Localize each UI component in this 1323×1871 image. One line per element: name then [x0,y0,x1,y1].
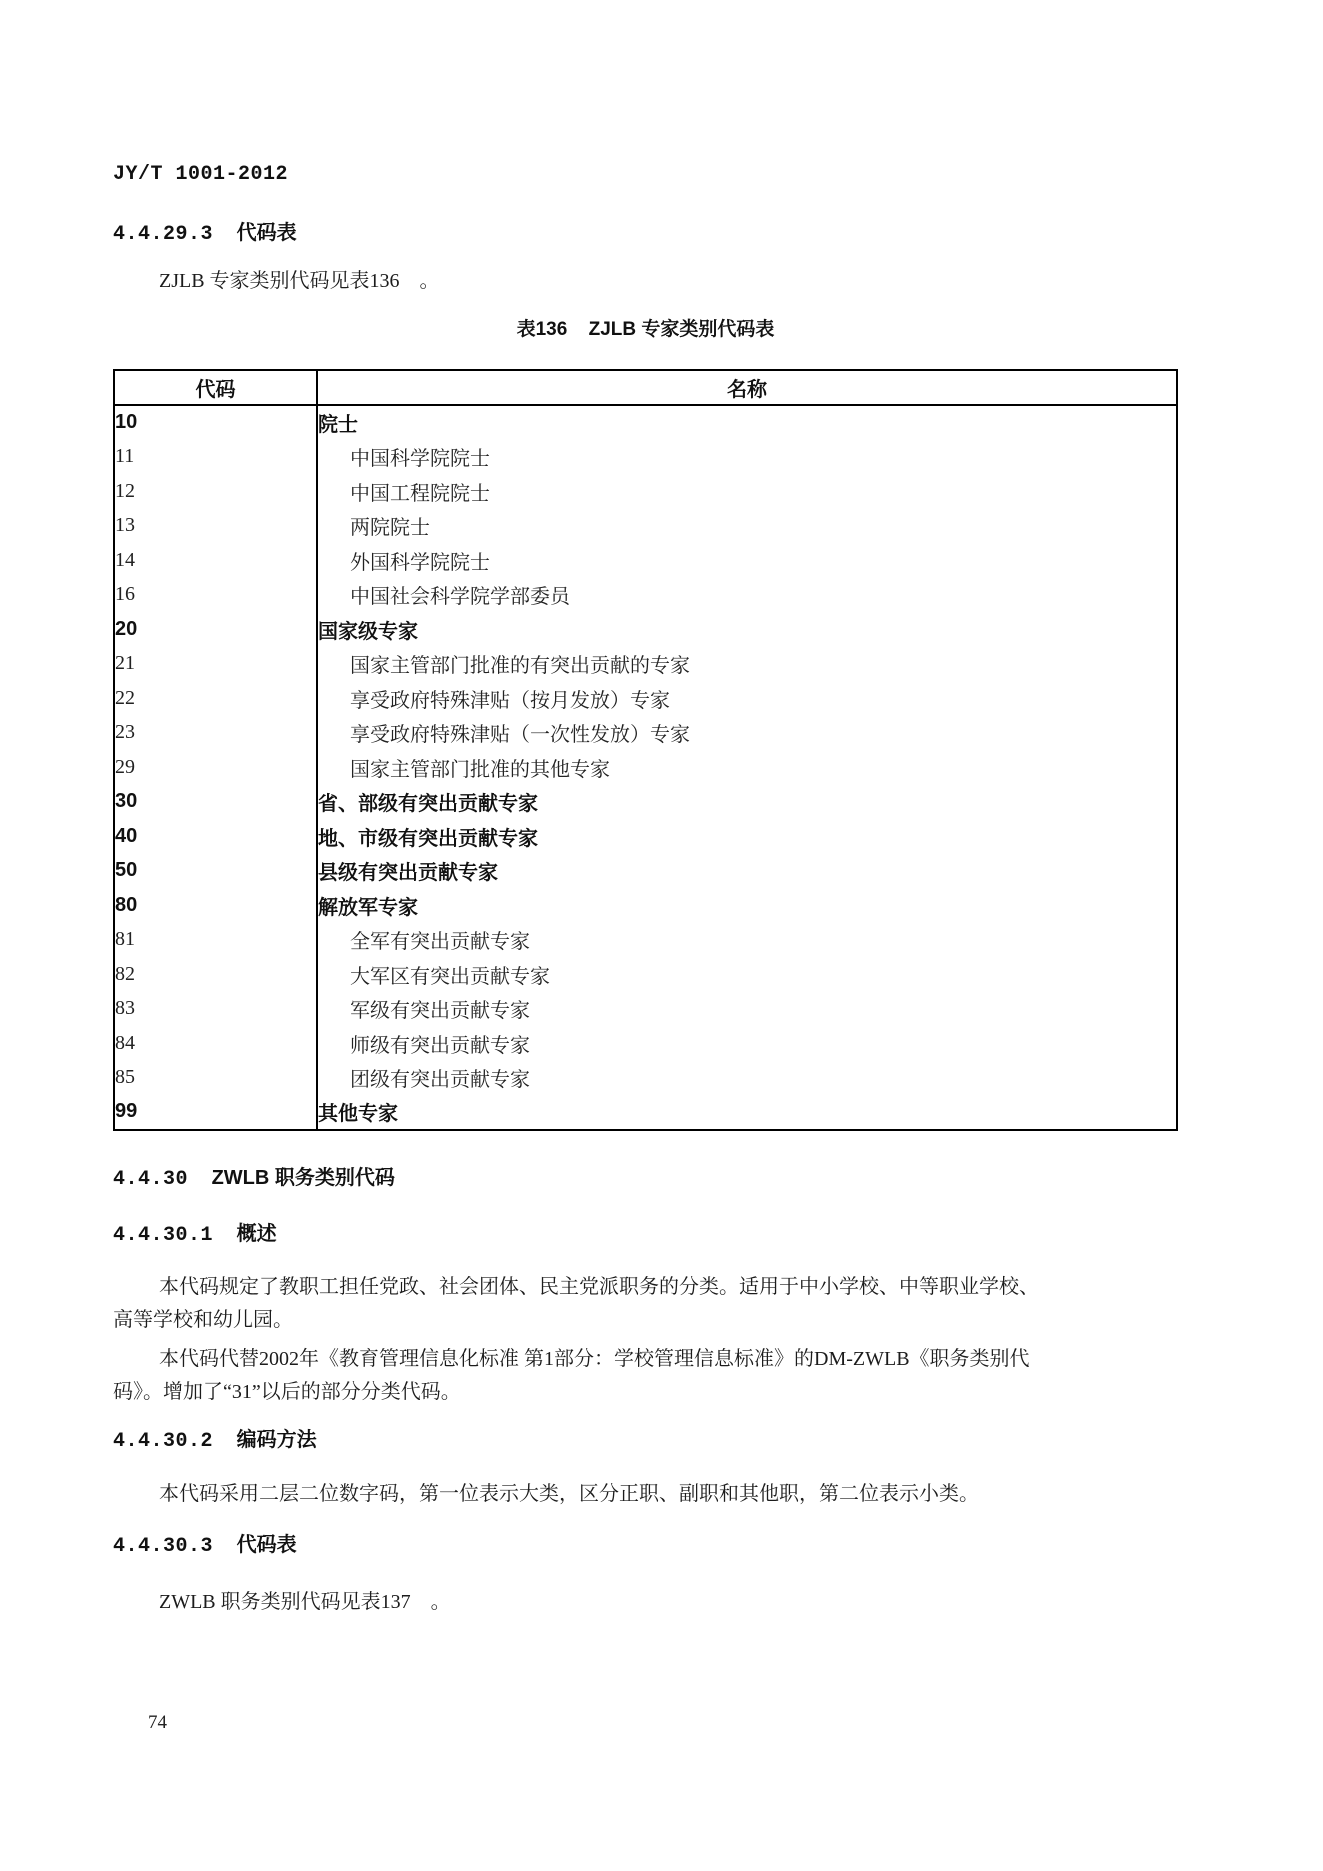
code-cell: 23 [114,716,317,751]
name-cell: 享受政府特殊津贴（一次性发放）专家 [317,716,1177,751]
name-cell: 师级有突出贡献专家 [317,1026,1177,1061]
table-row: 84师级有突出贡献专家 [114,1026,1177,1061]
table-row: 85团级有突出贡献专家 [114,1061,1177,1096]
table-row: 40地、市级有突出贡献专家 [114,819,1177,854]
page-number: 74 [148,1712,167,1734]
table-row: 23享受政府特殊津贴（一次性发放）专家 [114,716,1177,751]
paragraph-line: 本代码代替2002年《教育管理信息化标准 第1部分：学校管理信息标准》的DM-Z… [113,1343,1191,1376]
name-cell: 院士 [317,405,1177,440]
code-cell: 81 [114,923,317,958]
table-row: 14外国科学院院士 [114,543,1177,578]
code-cell: 99 [114,1095,317,1130]
code-cell: 20 [114,612,317,647]
section-heading-4-4-30: 4.4.30 ZWLB 职务类别代码 [113,1165,1191,1193]
name-cell: 县级有突出贡献专家 [317,854,1177,889]
section-number: 4.4.30.2 [113,1430,213,1453]
name-cell: 国家主管部门批准的其他专家 [317,750,1177,785]
document-page: JY/T 1001-2012 4.4.29.3 代码表 ZJLB 专家类别代码见… [0,0,1323,1871]
name-cell: 军级有突出贡献专家 [317,992,1177,1027]
table-row: 16中国社会科学院学部委员 [114,578,1177,613]
code-column-header: 代码 [114,370,317,405]
code-cell: 21 [114,647,317,682]
code-table-136: 代码 名称 10院士11中国科学院院士12中国工程院院士13两院院士14外国科学… [113,369,1178,1131]
name-column-header: 名称 [317,370,1177,405]
name-cell: 两院院士 [317,509,1177,544]
table-row: 50县级有突出贡献专家 [114,854,1177,889]
section-number: 4.4.30.3 [113,1535,213,1558]
section-heading-4-4-30-2: 4.4.30.2 编码方法 [113,1427,1191,1455]
code-cell: 22 [114,681,317,716]
overview-paragraph-2: 本代码代替2002年《教育管理信息化标准 第1部分：学校管理信息标准》的DM-Z… [113,1343,1191,1409]
name-cell: 全军有突出贡献专家 [317,923,1177,958]
name-cell: 省、部级有突出贡献专家 [317,785,1177,820]
code-cell: 10 [114,405,317,440]
section-number: 4.4.29.3 [113,223,213,246]
name-cell: 解放军专家 [317,888,1177,923]
table-row: 11中国科学院院士 [114,440,1177,475]
section-title: 编码方法 [237,1429,317,1451]
code-cell: 83 [114,992,317,1027]
section-heading-4-4-30-1: 4.4.30.1 概述 [113,1221,1191,1249]
name-cell: 其他专家 [317,1095,1177,1130]
code-cell: 16 [114,578,317,613]
table136-reference-text: ZJLB 专家类别代码见表136 。 [113,268,1191,295]
section-title: 代码表 [237,1534,297,1556]
code-cell: 84 [114,1026,317,1061]
name-cell: 地、市级有突出贡献专家 [317,819,1177,854]
paragraph-line: 码》。增加了“31”以后的部分分类代码。 [113,1376,1191,1409]
overview-paragraph-1: 本代码规定了教职工担任党政、社会团体、民主党派职务的分类。适用于中小学校、中等职… [113,1271,1191,1337]
name-cell: 享受政府特殊津贴（按月发放）专家 [317,681,1177,716]
table-row: 29国家主管部门批准的其他专家 [114,750,1177,785]
section-title: ZWLB 职务类别代码 [212,1167,395,1189]
code-cell: 11 [114,440,317,475]
name-cell: 国家主管部门批准的有突出贡献的专家 [317,647,1177,682]
table-row: 30省、部级有突出贡献专家 [114,785,1177,820]
section-number: 4.4.30.1 [113,1224,213,1247]
code-cell: 13 [114,509,317,544]
code-cell: 12 [114,474,317,509]
section-heading-4-4-30-3: 4.4.30.3 代码表 [113,1532,1191,1560]
name-cell: 团级有突出贡献专家 [317,1061,1177,1096]
table-row: 22享受政府特殊津贴（按月发放）专家 [114,681,1177,716]
table137-reference-text: ZWLB 职务类别代码见表137 。 [113,1586,1191,1619]
name-cell: 中国社会科学院学部委员 [317,578,1177,613]
table136-caption: 表136 ZJLB 专家类别代码表 [113,318,1178,342]
table-row: 80解放军专家 [114,888,1177,923]
table-row: 99其他专家 [114,1095,1177,1130]
code-cell: 82 [114,957,317,992]
table-row: 12中国工程院院士 [114,474,1177,509]
coding-method-text: 本代码采用二层二位数字码，第一位表示大类，区分正职、副职和其他职，第二位表示小类… [113,1478,1191,1511]
name-cell: 中国科学院院士 [317,440,1177,475]
paragraph-line: 高等学校和幼儿园。 [113,1304,1191,1337]
table-row: 82大军区有突出贡献专家 [114,957,1177,992]
section-number: 4.4.30 [113,1168,188,1191]
code-cell: 14 [114,543,317,578]
table-row: 10院士 [114,405,1177,440]
name-cell: 国家级专家 [317,612,1177,647]
name-cell: 中国工程院院士 [317,474,1177,509]
paragraph-line: 本代码规定了教职工担任党政、社会团体、民主党派职务的分类。适用于中小学校、中等职… [113,1271,1191,1304]
section-heading-4-4-29-3: 4.4.29.3 代码表 [113,220,1191,248]
code-table-body: 10院士11中国科学院院士12中国工程院院士13两院院士14外国科学院院士16中… [114,405,1177,1130]
table-header-row: 代码 名称 [114,370,1177,405]
name-cell: 大军区有突出贡献专家 [317,957,1177,992]
standard-code-header: JY/T 1001-2012 [113,163,1191,187]
code-cell: 29 [114,750,317,785]
table136-caption-label: 表136 [517,319,568,340]
table136-caption-title: ZJLB 专家类别代码表 [589,319,775,340]
name-cell: 外国科学院院士 [317,543,1177,578]
section-title: 代码表 [237,222,297,244]
section-title: 概述 [237,1223,277,1245]
code-cell: 30 [114,785,317,820]
code-cell: 40 [114,819,317,854]
table-row: 83军级有突出贡献专家 [114,992,1177,1027]
code-cell: 85 [114,1061,317,1096]
code-cell: 80 [114,888,317,923]
table-row: 20国家级专家 [114,612,1177,647]
code-cell: 50 [114,854,317,889]
table-row: 21国家主管部门批准的有突出贡献的专家 [114,647,1177,682]
table-row: 81全军有突出贡献专家 [114,923,1177,958]
table-row: 13两院院士 [114,509,1177,544]
